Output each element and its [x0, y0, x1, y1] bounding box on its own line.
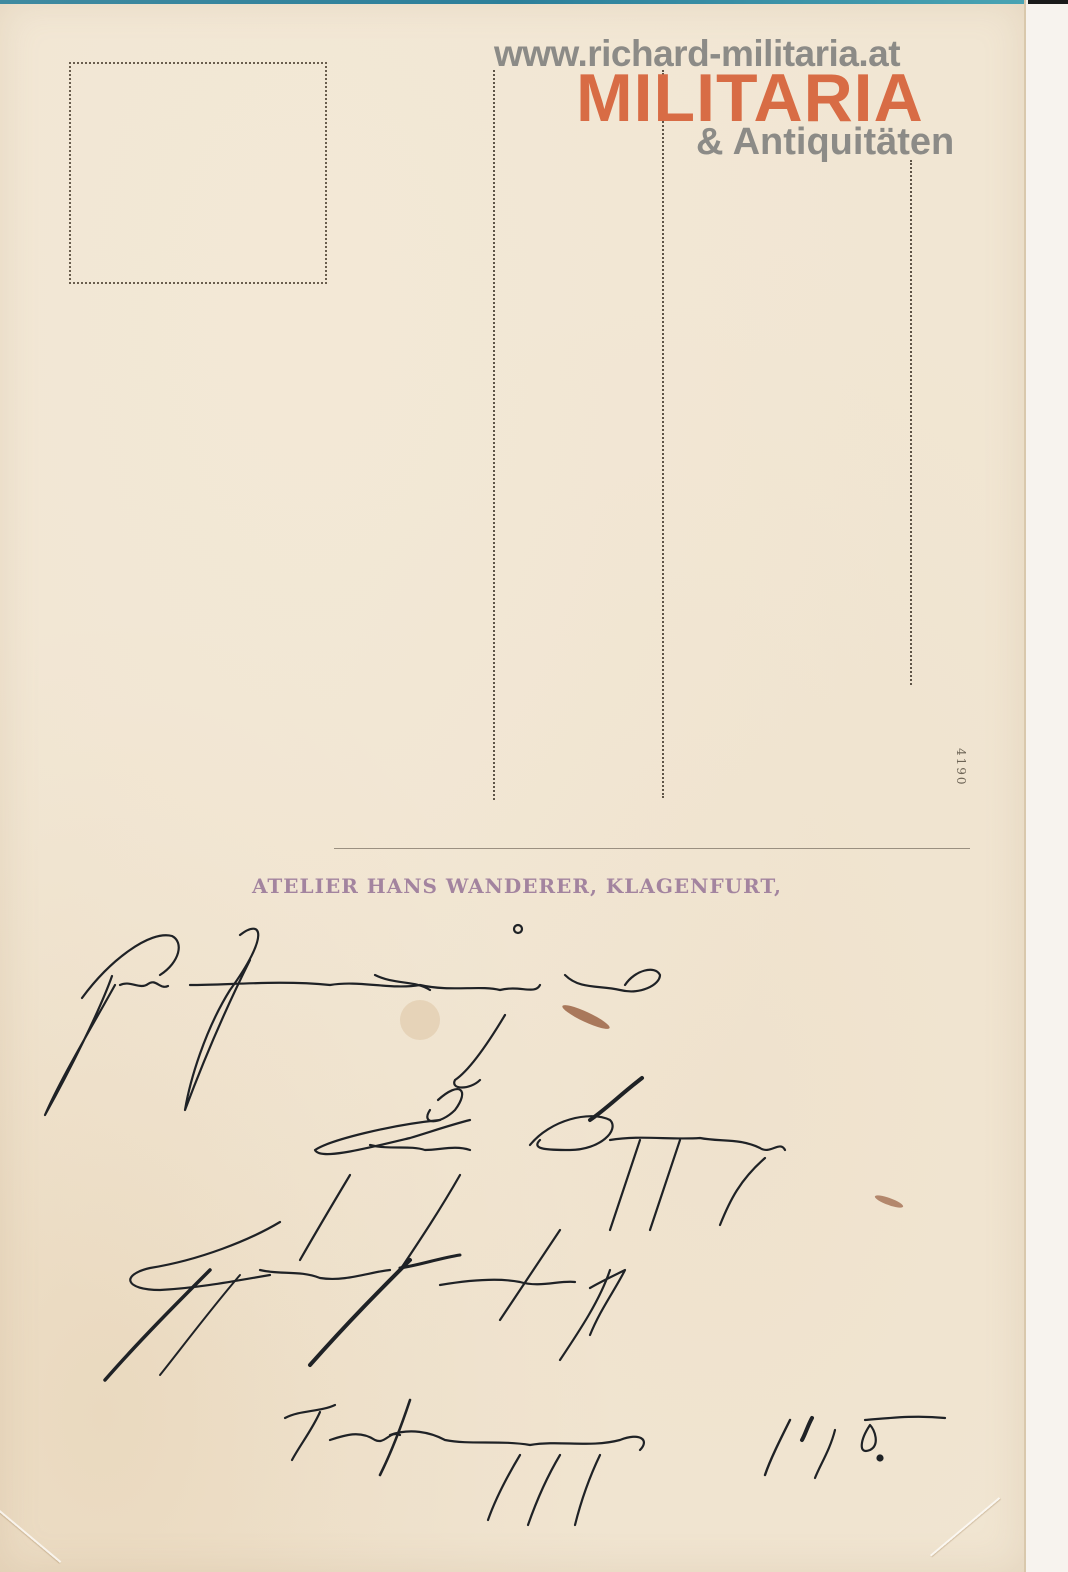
postcard-back: 4190 ATELIER HANS WANDERER, KLAGENFURT, — [0, 0, 1026, 1572]
handwriting-line-2 — [300, 1078, 785, 1270]
scan-corner — [1028, 0, 1068, 4]
handwriting-line-4 — [285, 1400, 945, 1525]
handwritten-dedication — [0, 0, 1024, 1572]
handwriting-line-3 — [105, 1222, 625, 1380]
watermark-subtitle: & Antiquitäten — [696, 120, 1006, 164]
handwriting-line-1 — [45, 925, 660, 1115]
